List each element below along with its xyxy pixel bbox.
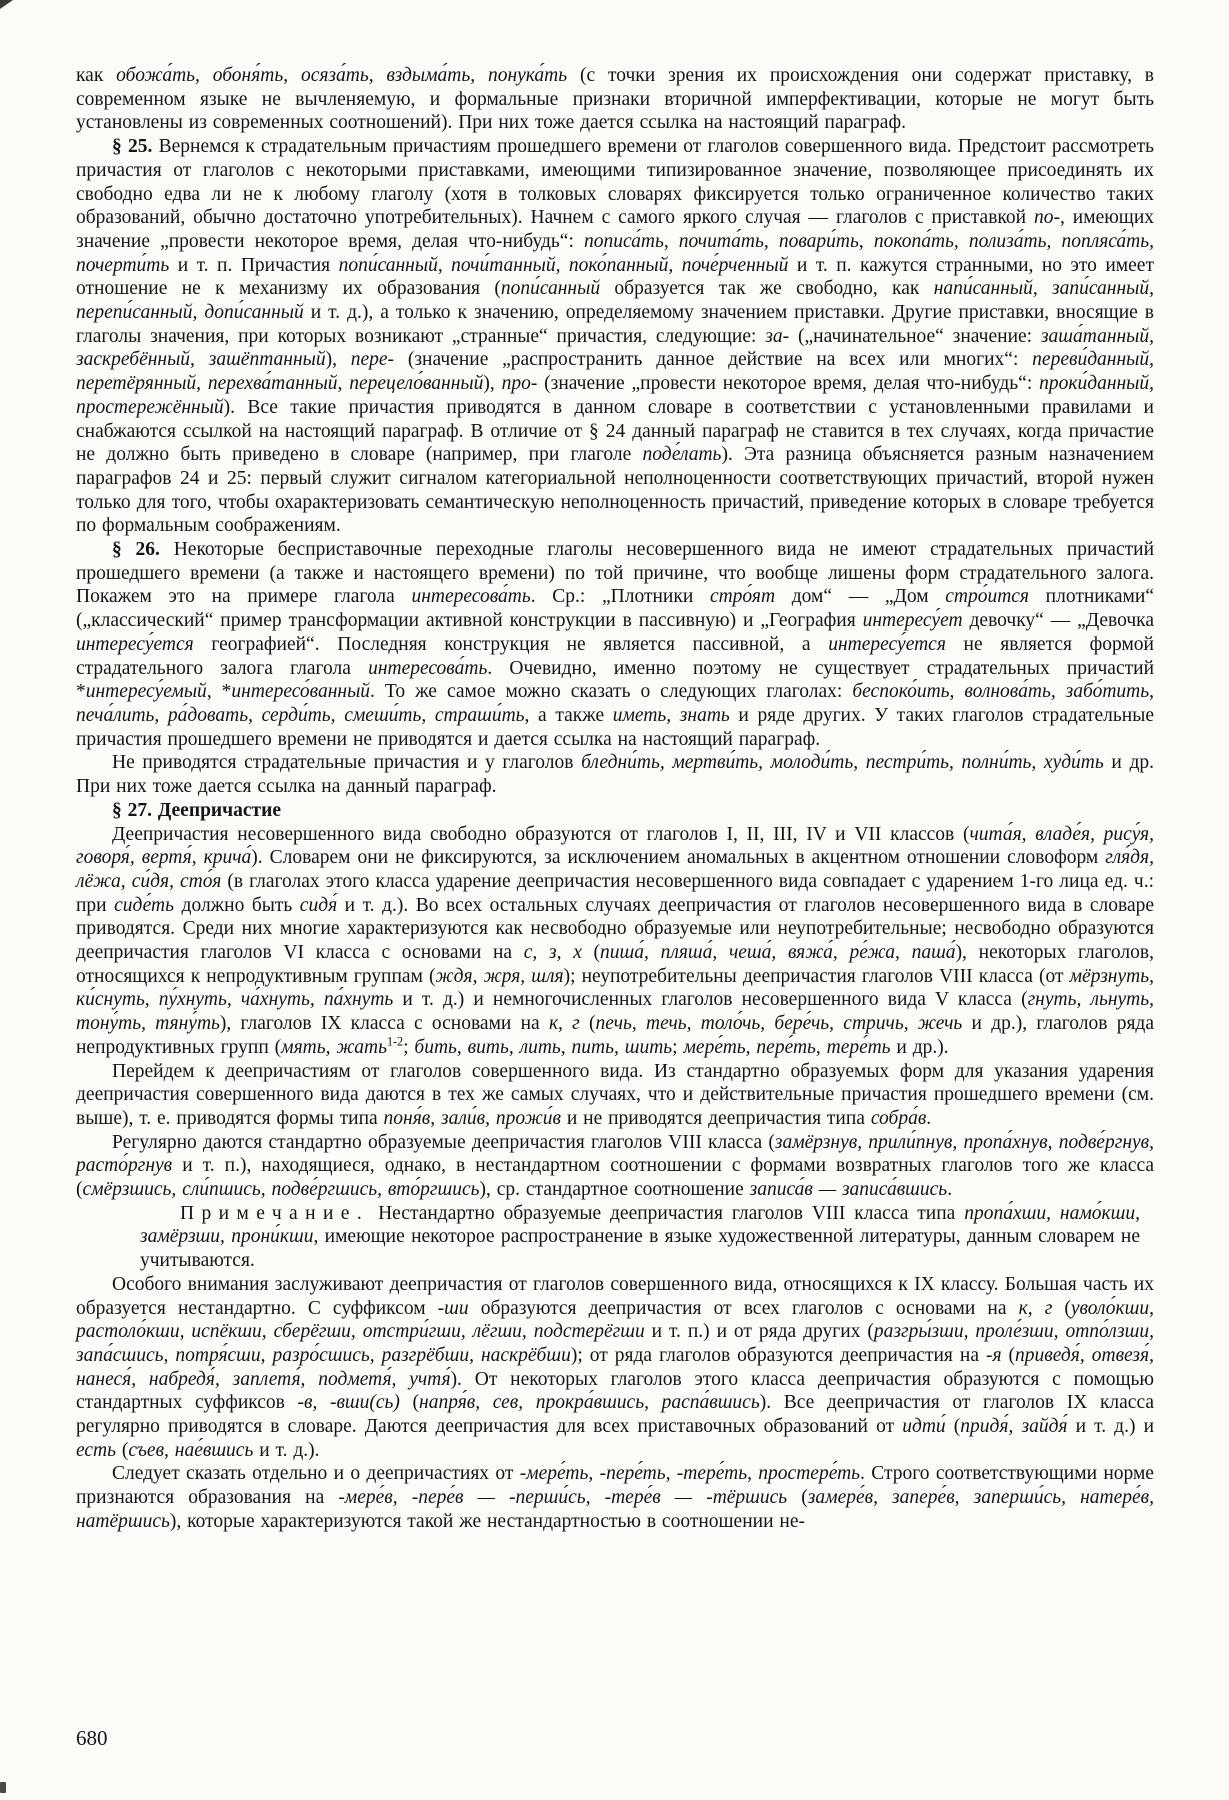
example-term: есть: [76, 1440, 116, 1461]
section-27-heading: § 27. Деепричастие: [76, 799, 1154, 823]
text-run: ); от ряда глаголов образуются деепричас…: [571, 1345, 986, 1366]
example-term: бледни́ть, мертви́ть, молоди́ть, пестри́…: [581, 752, 1104, 773]
example-term: пере-: [351, 349, 394, 370]
example-term: про-: [502, 373, 538, 394]
text-run: .: [926, 1108, 931, 1129]
text-run: ;: [403, 1037, 414, 1058]
example-term: интересо́ванный: [231, 681, 370, 702]
text-run: (: [1052, 1298, 1071, 1319]
example-term: интересова́ть: [368, 658, 487, 679]
text-run: и т. д.) и немногочисленных глаголов нес…: [393, 989, 1027, 1010]
text-run: ;: [672, 1037, 683, 1058]
intro-continuation: как обожа́ть, обоня́ть, осяза́ть, вздыма…: [76, 64, 1154, 135]
para-passive-absent: Не приводятся страдательные причастия и …: [76, 751, 1154, 798]
example-term: интересу́емый: [86, 681, 207, 702]
text-run: девочку“ — „Девочка: [963, 610, 1154, 631]
text-run: должно быть: [174, 895, 300, 916]
example-term: сидя́: [300, 895, 337, 916]
text-run: (: [1002, 1345, 1016, 1366]
example-term: за-: [765, 326, 789, 347]
text-run: и др.).: [891, 1037, 949, 1058]
example-term: поня́в, зали́в, прожи́в: [384, 1108, 561, 1129]
example-term: -ши: [438, 1298, 469, 1319]
text-run: (: [946, 1416, 961, 1437]
text-run: ),: [326, 349, 351, 370]
text-run: ), ср. стандартное соотношение: [480, 1179, 750, 1200]
example-term: интересу́ет: [863, 610, 963, 631]
section-25: § 25. Вернемся к страдательным причастия…: [76, 135, 1154, 538]
example-term: к, г: [1019, 1298, 1053, 1319]
text-run: ); неупотребительны деепричастия глаголо…: [564, 966, 1070, 987]
section-marker: § 27. Деепричастие: [112, 800, 281, 821]
note-label: Примечание.: [180, 1203, 369, 1224]
text-run: .: [947, 1179, 952, 1200]
example-term: интересу́ется: [76, 634, 194, 655]
text-run: Следует сказать отдельно и о деепричасти…: [112, 1463, 520, 1484]
section-26: § 26. Некоторые бесприставочные переходн…: [76, 538, 1154, 751]
example-term: стро́ят: [710, 586, 775, 607]
example-term: -мере́в, -пере́в — -перши́сь, -тере́в — …: [338, 1487, 787, 1508]
text-run: (: [787, 1487, 808, 1508]
text-run: ), которые характеризуются такой же нест…: [170, 1511, 805, 1532]
example-term: бить, вить, лить, пить, шить: [414, 1037, 672, 1058]
example-term: печь, течь, толо́чь, бере́чь, стричь, же…: [596, 1013, 963, 1034]
example-term: стро́ится: [945, 586, 1029, 607]
text-run: , а также: [525, 705, 613, 726]
para-imperfective-gerunds: Деепричастия несовершенного вида свободн…: [76, 823, 1154, 1060]
scanned-page: как обожа́ть, обоня́ть, осяза́ть, вздыма…: [0, 0, 1229, 1800]
text-run: (: [116, 1440, 128, 1461]
example-term: -в, -вши(сь): [298, 1392, 400, 1413]
text-run: („начинательное“ значение:: [789, 326, 1041, 347]
example-term: иметь, знать: [613, 705, 730, 726]
text-run: Нестандартно образуемые деепричастия гла…: [369, 1203, 964, 1224]
text-run: (: [400, 1392, 419, 1413]
text-run: и т. д.) и: [1068, 1416, 1155, 1437]
scan-artifact-top-left: [0, 0, 13, 9]
text-run: ), глаголов IX класса с основами на: [220, 1013, 549, 1034]
example-term: идти́: [902, 1416, 945, 1437]
para-class8-gerunds: Регулярно даются стандартно образуемые д…: [76, 1131, 1154, 1202]
text-run: и т. п.) и от ряда других (: [645, 1321, 874, 1342]
text-run: Деепричастия несовершенного вида свободн…: [112, 824, 970, 845]
text-run: . Ср.: „Плотники: [531, 586, 710, 607]
note-block: Примечание. Нестандартно образуемые дееп…: [140, 1202, 1140, 1273]
text-run: Вернемся к страдательным причастиям прош…: [76, 136, 1154, 228]
example-term: интересова́ть: [411, 586, 530, 607]
page-number: 680: [76, 1726, 108, 1751]
example-term: ждя, жря, шля: [436, 966, 564, 987]
text-run: образуются деепричастия от всех глаголов…: [469, 1298, 1019, 1319]
text-run: Регулярно даются стандартно образуемые д…: [112, 1132, 775, 1153]
para-class9-gerunds: Особого внимания заслуживают деепричасти…: [76, 1273, 1154, 1463]
example-term: к, г: [549, 1013, 580, 1034]
example-term: с, з, х: [524, 942, 582, 963]
example-term: -я: [986, 1345, 1002, 1366]
text-run: географией“. Последняя конструкция не яв…: [194, 634, 829, 655]
text-run: (: [582, 942, 600, 963]
section-marker: § 26.: [112, 539, 160, 560]
scan-artifact-bottom-left: [0, 1782, 6, 1793]
para-perfective-gerunds: Перейдем к деепричастиям от глаголов сов…: [76, 1060, 1154, 1131]
text-run: как: [76, 65, 116, 86]
superscript-index: 1-2: [387, 1034, 403, 1048]
example-term: попи́санный: [501, 278, 600, 299]
example-term: мять, жать: [281, 1037, 387, 1058]
text-run: и т. д.).: [253, 1440, 319, 1461]
example-term: поде́лать: [642, 444, 721, 465]
text-run: образуется так же свободно, как: [600, 278, 934, 299]
example-term: интересу́ется: [828, 634, 946, 655]
section-marker: § 25.: [112, 136, 152, 157]
text-run: Не приводятся страдательные причастия и …: [112, 752, 581, 773]
example-term: -мере́ть, -пере́ть, -тере́ть, простере́т…: [520, 1463, 860, 1484]
para-meret-gerunds: Следует сказать отдельно и о деепричасти…: [76, 1462, 1154, 1533]
example-term: собра́в: [871, 1108, 926, 1129]
text-run: и не приводятся деепричастия типа: [561, 1108, 871, 1129]
text-run: ),: [483, 373, 501, 394]
example-term: обожа́ть, обоня́ть, осяза́ть, вздыма́ть,…: [116, 65, 567, 86]
example-term: по-: [1034, 207, 1060, 228]
example-term: придя́, зайдя́: [960, 1416, 1067, 1437]
text-run: , *: [207, 681, 232, 702]
text-run: (: [580, 1013, 596, 1034]
example-term: напря́в, сев, прокра́вшись, распа́вшись: [419, 1392, 760, 1413]
example-term: сиде́ть: [114, 895, 174, 916]
example-term: пиша́, пляша́, чеша́, вяжа́, ре́жа, паша…: [600, 942, 956, 963]
example-term: записа́в — записа́вшись: [750, 1179, 948, 1200]
text-run: дом“ — „Дом: [775, 586, 945, 607]
text-run: и т. п. Причастия: [169, 255, 338, 276]
example-term: попи́санный, почи́танный, поко́панный, п…: [339, 255, 789, 276]
text-run: . То же самое можно сказать о следующих …: [370, 681, 852, 702]
text-run: (значение „провести некоторое время, дел…: [537, 373, 1039, 394]
text-run: (значение „распространить данное действи…: [394, 349, 1032, 370]
text-run: ). Словарем они не фиксируются, за исклю…: [251, 847, 1105, 868]
example-term: смёрзшись, сли́пшись, подве́ргшись, вто́…: [83, 1179, 480, 1200]
example-term: мере́ть, пере́ть, тере́ть: [683, 1037, 890, 1058]
example-term: съев, нае́вшись: [128, 1440, 253, 1461]
text-column: как обожа́ть, обоня́ть, осяза́ть, вздыма…: [76, 64, 1154, 1534]
